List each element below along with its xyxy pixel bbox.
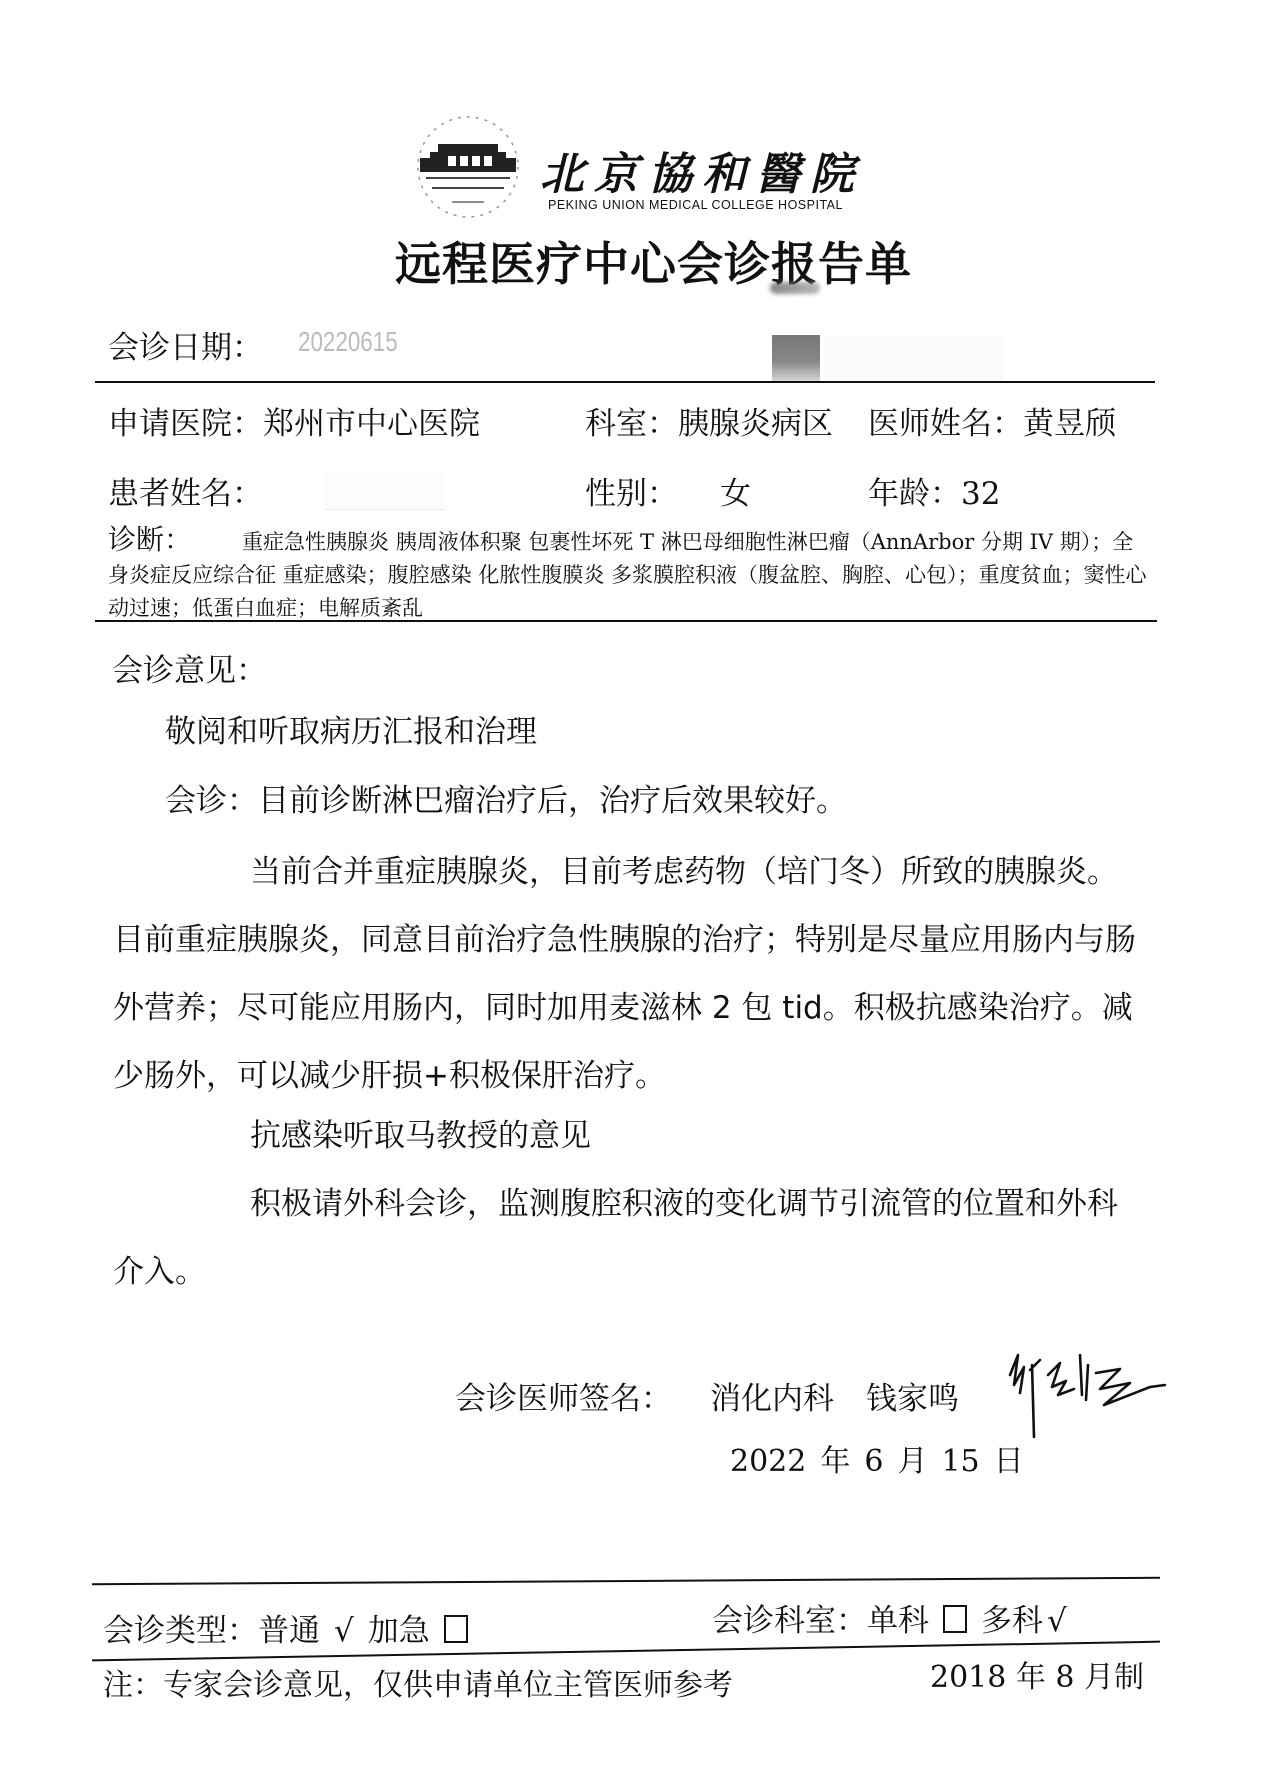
hospital-emblem-icon bbox=[408, 112, 528, 222]
signature-name: 钱家鸣 bbox=[866, 1373, 959, 1418]
divider-line bbox=[95, 381, 1155, 383]
request-doctor-label: 医师姓名： bbox=[868, 406, 1023, 442]
scan-smudge bbox=[770, 282, 820, 294]
request-doctor: 医师姓名：黄昱颀 bbox=[868, 398, 1116, 443]
consult-room-label: 会诊科室： bbox=[712, 1603, 867, 1639]
request-hospital-value: 郑州市中心医院 bbox=[263, 406, 480, 442]
date-month-unit: 月 bbox=[897, 1444, 927, 1479]
checkbox-urgent[interactable] bbox=[444, 1615, 468, 1643]
redaction-area bbox=[824, 335, 1004, 383]
opinion-paragraph: 当前合并重症胰腺炎，目前考虑药物（培门冬）所致的胰腺炎。目前重症胰腺炎，同意目前… bbox=[113, 838, 1143, 1110]
request-hospital: 申请医院：郑州市中心医院 bbox=[108, 398, 480, 443]
opinion-paragraph: 抗感染听取马教授的意见 bbox=[250, 1110, 591, 1155]
handwritten-signature-icon bbox=[1000, 1345, 1170, 1440]
opinion-label: 会诊意见： bbox=[112, 645, 267, 690]
opinion-paragraph: 会诊：目前诊断淋巴瘤治疗后，治疗后效果较好。 bbox=[165, 775, 847, 820]
patient-name-label: 患者姓名： bbox=[108, 468, 263, 513]
signature-date: 2022年6月15日 bbox=[730, 1436, 1038, 1480]
consult-room-single: 单科 bbox=[867, 1603, 929, 1639]
date-day-unit: 日 bbox=[994, 1444, 1024, 1479]
patient-age: 年龄：32 bbox=[868, 468, 1000, 513]
request-hospital-label: 申请医院： bbox=[108, 406, 263, 442]
diagnosis: 诊断：重症急性胰腺炎 胰周液体积聚 包裹性坏死 T 淋巴母细胞性淋巴瘤（AnnA… bbox=[108, 523, 1148, 625]
diagnosis-text: 重症急性胰腺炎 胰周液体积聚 包裹性坏死 T 淋巴母细胞性淋巴瘤（AnnArbo… bbox=[108, 530, 1147, 620]
consult-date-value: 20220615 bbox=[298, 326, 398, 358]
check-mark-icon[interactable]: √ bbox=[334, 1613, 354, 1649]
hospital-name-en: PEKING UNION MEDICAL COLLEGE HOSPITAL bbox=[548, 198, 843, 212]
hospital-name-cn: 北京協和醫院 bbox=[540, 138, 864, 202]
redaction-block bbox=[772, 335, 820, 383]
date-month: 6 bbox=[864, 1444, 883, 1479]
form-title: 远程医疗中心会诊报告单 bbox=[395, 228, 912, 294]
footer-note: 注：专家会诊意见，仅供申请单位主管医师参考 bbox=[103, 1660, 733, 1704]
patient-gender-label: 性别： bbox=[585, 468, 678, 513]
patient-age-label: 年龄： bbox=[868, 476, 961, 512]
divider-line bbox=[95, 620, 1157, 622]
opinion-paragraph: 积极请外科会诊，监测腹腔积液的变化调节引流管的位置和外科介入。 bbox=[113, 1170, 1143, 1306]
date-day: 15 bbox=[941, 1444, 979, 1479]
patient-age-value: 32 bbox=[961, 476, 1000, 512]
request-doctor-value: 黄昱颀 bbox=[1023, 406, 1116, 442]
signature-label: 会诊医师签名： bbox=[455, 1373, 672, 1418]
consult-room: 会诊科室：单科多科√ bbox=[712, 1595, 1081, 1640]
checkbox-single[interactable] bbox=[943, 1605, 967, 1633]
footer-made-date: 2018 年 8 月制 bbox=[930, 1652, 1144, 1696]
patient-name-redacted bbox=[325, 473, 445, 510]
consult-room-multi: 多科 bbox=[981, 1603, 1043, 1639]
consult-type: 会诊类型：普通√加急 bbox=[103, 1605, 482, 1650]
consult-date-label: 会诊日期： bbox=[108, 322, 263, 367]
date-year: 2022 bbox=[730, 1444, 806, 1479]
opinion-paragraph: 敬阅和听取病历汇报和治理 bbox=[165, 706, 537, 751]
signature-dept: 消化内科 bbox=[710, 1373, 834, 1418]
divider-line bbox=[92, 1577, 1160, 1586]
consult-type-normal: 普通 bbox=[258, 1613, 320, 1649]
consult-type-urgent: 加急 bbox=[368, 1613, 430, 1649]
diagnosis-label: 诊断： bbox=[108, 523, 192, 556]
patient-gender-value: 女 bbox=[720, 468, 751, 513]
request-dept: 科室：胰腺炎病区 bbox=[585, 398, 833, 443]
check-mark-icon[interactable]: √ bbox=[1047, 1603, 1067, 1639]
consult-type-label: 会诊类型： bbox=[103, 1613, 258, 1649]
request-dept-value: 胰腺炎病区 bbox=[678, 406, 833, 442]
request-dept-label: 科室： bbox=[585, 406, 678, 442]
date-year-unit: 年 bbox=[820, 1444, 850, 1479]
